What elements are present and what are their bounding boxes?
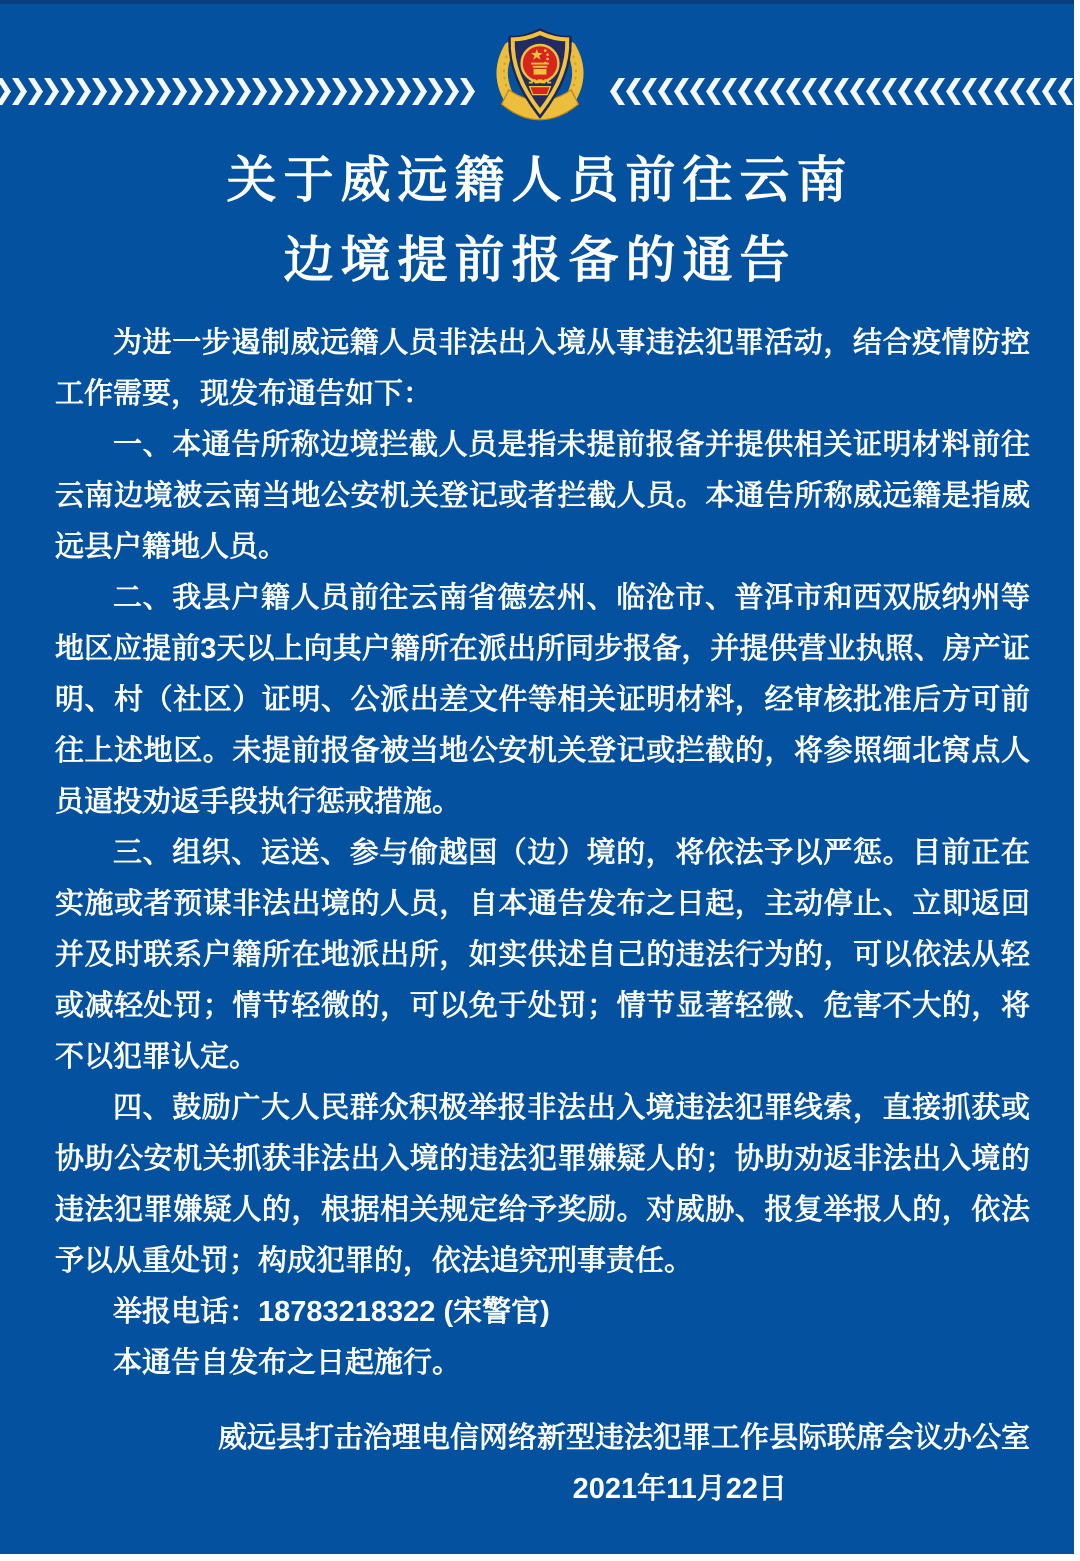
- chevron-icon: [0, 78, 11, 105]
- chevron-icon: [690, 78, 705, 105]
- chevron-icon: [380, 78, 395, 105]
- chevron-icon: [332, 78, 347, 105]
- chevron-icon: [834, 78, 849, 105]
- notice-paragraph-intro: 为进一步遏制威远籍人员非法出入境从事违法犯罪活动，结合疫情防控工作需要，现发布通…: [55, 318, 1030, 420]
- chevron-icon: [754, 78, 769, 105]
- chevron-icon: [268, 78, 283, 105]
- chevron-icon: [204, 78, 219, 105]
- title-line-2: 边境提前报备的通告: [0, 220, 1080, 300]
- notice-title: 关于威远籍人员前往云南 边境提前报备的通告: [0, 140, 1080, 300]
- notice-body: 为进一步遏制威远籍人员非法出入境从事违法犯罪活动，结合疫情防控工作需要，现发布通…: [0, 318, 1080, 1389]
- chevron-icon: [866, 78, 881, 105]
- chevron-icon: [642, 78, 657, 105]
- chevron-icon: [188, 78, 203, 105]
- chevron-icon: [156, 78, 171, 105]
- chevron-icon: [658, 78, 673, 105]
- chevron-icon: [28, 78, 43, 105]
- chevron-icon: [626, 78, 641, 105]
- chevron-band-right: [610, 78, 1080, 105]
- chevron-icon: [460, 78, 475, 105]
- title-line-1: 关于威远籍人员前往云南: [0, 140, 1080, 220]
- bottom-edge-strip: [0, 1554, 1080, 1561]
- chevron-icon: [412, 78, 427, 105]
- notice-paragraph-1: 一、本通告所称边境拦截人员是指未提前报备并提供相关证明材料前往云南边境被云南当地…: [55, 420, 1030, 573]
- chevron-icon: [300, 78, 315, 105]
- chevron-icon: [12, 78, 27, 105]
- issue-date: 2021年11月22日: [0, 1464, 1080, 1515]
- chevron-icon: [786, 78, 801, 105]
- top-edge-line: [0, 0, 1080, 4]
- chevron-icon: [610, 78, 625, 105]
- chevron-icon: [802, 78, 817, 105]
- effective-line: 本通告自发布之日起施行。: [55, 1338, 1030, 1389]
- chevron-icon: [76, 78, 91, 105]
- chevron-icon: [946, 78, 961, 105]
- chevron-icon: [284, 78, 299, 105]
- chevron-icon: [978, 78, 993, 105]
- header: [0, 0, 1080, 140]
- chevron-icon: [124, 78, 139, 105]
- chevron-icon: [770, 78, 785, 105]
- notice-poster: 关于威远籍人员前往云南 边境提前报备的通告 为进一步遏制威远籍人员非法出入境从事…: [0, 0, 1080, 1561]
- chevron-icon: [898, 78, 913, 105]
- chevron-icon: [220, 78, 235, 105]
- chevron-icon: [428, 78, 443, 105]
- chevron-icon: [444, 78, 459, 105]
- chevron-icon: [706, 78, 721, 105]
- chevron-icon: [722, 78, 737, 105]
- chevron-icon: [92, 78, 107, 105]
- chevron-icon: [60, 78, 75, 105]
- chevron-icon: [674, 78, 689, 105]
- chevron-icon: [930, 78, 945, 105]
- chevron-icon: [1026, 78, 1041, 105]
- chevron-icon: [738, 78, 753, 105]
- notice-paragraph-2: 二、我县户籍人员前往云南省德宏州、临沧市、普洱市和西双版纳州等地区应提前3天以上…: [55, 573, 1030, 828]
- notice-paragraph-3: 三、组织、运送、参与偷越国（边）境的，将依法予以严惩。目前正在实施或者预谋非法出…: [55, 828, 1030, 1083]
- chevron-icon: [396, 78, 411, 105]
- chevron-icon: [1058, 78, 1073, 105]
- chevron-icon: [316, 78, 331, 105]
- chevron-icon: [236, 78, 251, 105]
- chevron-icon: [850, 78, 865, 105]
- right-edge-strip: [1074, 0, 1080, 1561]
- chevron-icon: [252, 78, 267, 105]
- chevron-icon: [1010, 78, 1025, 105]
- chevron-icon: [914, 78, 929, 105]
- notice-paragraph-4: 四、鼓励广大人民群众积极举报非法出入境违法犯罪线索，直接抓获或协助公安机关抓获非…: [55, 1083, 1030, 1287]
- chevron-icon: [994, 78, 1009, 105]
- chevron-icon: [1042, 78, 1057, 105]
- issuer-signature: 威远县打击治理电信网络新型违法犯罪工作县际联席会议办公室: [0, 1413, 1080, 1464]
- hotline-line: 举报电话：18783218322 (宋警官): [55, 1287, 1030, 1338]
- police-emblem-icon: [492, 28, 588, 134]
- chevron-icon: [44, 78, 59, 105]
- chevron-icon: [364, 78, 379, 105]
- chevron-icon: [882, 78, 897, 105]
- chevron-icon: [818, 78, 833, 105]
- chevron-icon: [172, 78, 187, 105]
- chevron-icon: [140, 78, 155, 105]
- chevron-band-left: [0, 78, 476, 105]
- chevron-icon: [108, 78, 123, 105]
- chevron-icon: [348, 78, 363, 105]
- chevron-icon: [962, 78, 977, 105]
